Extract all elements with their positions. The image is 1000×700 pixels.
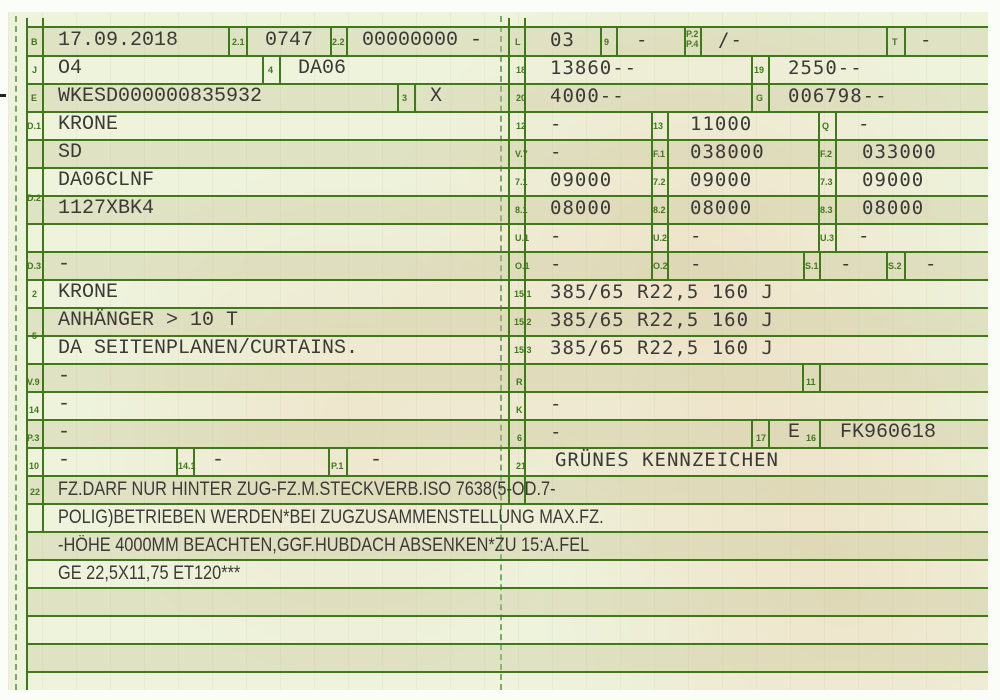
grid-line: [262, 55, 264, 83]
grid-line: [819, 363, 821, 391]
field-label-u-2: U.2: [653, 234, 667, 243]
field-label-k: K: [516, 406, 523, 415]
field-label-s-2: S.2: [888, 262, 902, 271]
field-value-k: -: [550, 395, 562, 414]
grid-line: [768, 419, 770, 447]
field-value-10: -: [58, 451, 70, 471]
grid-line: [26, 111, 988, 113]
field-label-u-1: U.1: [515, 234, 529, 243]
field-value-u-2: -: [690, 227, 702, 246]
remarks-line-1: FZ.DARF NUR HINTER ZUG-FZ.M.STECKVERB.IS…: [58, 479, 556, 501]
perforation-left: [15, 16, 17, 690]
field-value-s-1: -: [840, 255, 852, 274]
grid-line: [26, 671, 988, 673]
field-label-7-1: 7.1: [515, 178, 528, 187]
field-value-16: FK960618: [840, 423, 936, 443]
grid-line: [802, 363, 804, 391]
field-label-5: 5: [32, 332, 37, 341]
grid-line: [26, 139, 988, 141]
grid-line: [26, 559, 988, 561]
field-value-15-3: 385/65 R22,5 160 J: [550, 339, 774, 358]
field-label-o-2: O.2: [653, 262, 668, 271]
field-label-7-3: 7.3: [820, 178, 833, 187]
field-label-13: 13: [653, 122, 663, 131]
field-value-5-line-1: ANHÄNGER > 10 T: [58, 311, 238, 331]
field-value-2-1: 0747: [265, 31, 313, 51]
field-value-o-1: -: [550, 255, 562, 274]
field-value-14: -: [58, 395, 70, 415]
field-value-12: -: [550, 115, 562, 134]
grid-line: [26, 363, 988, 365]
field-value-5-line-2: DA SEITENPLANEN/CURTAINS.: [58, 339, 358, 359]
field-label-d-3: D.3: [27, 262, 41, 271]
grid-line: [346, 447, 348, 475]
grid-line: [26, 223, 988, 225]
grid-line: [904, 26, 906, 55]
remarks-line-3: -HÖHE 4000MM BEACHTEN,GGF.HUBDACH ABSENK…: [58, 535, 589, 557]
field-value-20: 4000--: [550, 87, 625, 106]
field-label-18: 18: [516, 66, 526, 75]
field-label-l: L: [515, 38, 521, 47]
field-value-q: -: [858, 115, 870, 134]
field-value-15-1: 385/65 R22,5 160 J: [550, 283, 774, 302]
field-value-8-1: 08000: [550, 199, 612, 218]
field-label-d-2: D.2: [27, 194, 41, 203]
field-label-4: 4: [268, 66, 273, 75]
grid-line: [26, 447, 988, 449]
field-value-j: O4: [58, 59, 82, 79]
field-value-o-2: -: [690, 255, 702, 274]
field-value-v-7: -: [550, 143, 562, 162]
field-label-2-1: 2.1: [232, 38, 245, 47]
field-label-v-7: V.7: [515, 150, 528, 159]
field-label-2-2: 2.2: [332, 38, 345, 47]
field-value-6: -: [550, 423, 562, 442]
field-value-14-1: -: [212, 451, 224, 471]
grid-line: [246, 26, 248, 55]
field-value-8-2: 08000: [690, 199, 752, 218]
field-value-s-2: -: [925, 255, 937, 274]
remarks-line-2: POLIG)BETRIEBEN WERDEN*BEI ZUGZUSAMMENST…: [58, 507, 604, 529]
field-label-21: 21: [516, 462, 526, 471]
grid-line: [508, 18, 510, 503]
field-label-s-1: S.1: [805, 262, 819, 271]
grid-line: [26, 475, 988, 477]
field-value-v-9: -: [58, 367, 70, 387]
field-value-13: 11000: [690, 115, 752, 134]
field-label-j: J: [32, 66, 37, 75]
grid-line: [26, 587, 988, 589]
field-label-17: 17: [756, 434, 766, 443]
grid-line: [700, 26, 702, 55]
field-label-v-9: V.9: [27, 378, 40, 387]
field-value-7-2: 09000: [690, 171, 752, 190]
field-label-6: 6: [517, 434, 522, 443]
grid-line: [228, 26, 230, 55]
field-label-2: 2: [32, 290, 37, 299]
grid-line: [26, 643, 988, 645]
field-value-d-2-line-2: DA06CLNF: [58, 171, 154, 191]
field-value-f-1: 038000: [690, 143, 765, 162]
grid-line: [397, 83, 399, 111]
field-value-l: 03: [550, 31, 575, 50]
field-value-p-1: -: [370, 451, 382, 471]
field-label-15-2: 15.2: [514, 318, 532, 327]
grid-line: [819, 419, 821, 447]
field-value-u-1: -: [550, 227, 562, 246]
field-value-2: KRONE: [58, 283, 118, 303]
grid-line: [279, 55, 281, 83]
field-label-p-1: P.1: [331, 462, 343, 471]
field-label-8-3: 8.3: [820, 206, 833, 215]
grid-line: [768, 55, 770, 83]
margin-mark: [0, 94, 6, 97]
field-label-9: 9: [604, 38, 609, 47]
grid-line: [26, 503, 988, 505]
field-value-2-2: 00000000 -: [362, 31, 482, 51]
grid-line: [751, 55, 753, 83]
field-value-d-2-line-1: SD: [58, 143, 82, 163]
field-value-p-3: -: [58, 423, 70, 443]
grid-line: [328, 447, 330, 475]
grid-line: [768, 83, 770, 111]
field-value-9: -: [636, 31, 648, 50]
field-value-15-2: 385/65 R22,5 160 J: [550, 311, 774, 330]
field-label-11: 11: [806, 378, 816, 387]
field-label-15-3: 15.3: [514, 346, 532, 355]
field-label-19: 19: [754, 66, 764, 75]
field-label-10: 10: [29, 462, 39, 471]
field-label-o-1: O.1: [515, 262, 530, 271]
field-label-d-1: D.1: [27, 122, 41, 131]
field-label-u-3: U.3: [820, 234, 834, 243]
grid-line: [414, 83, 416, 111]
field-label-14: 14: [29, 406, 39, 415]
field-label-22: 22: [30, 488, 40, 497]
grid-line: [819, 251, 821, 279]
field-value-7-3: 09000: [862, 171, 924, 190]
field-label-t: T: [892, 38, 898, 47]
grid-line: [26, 167, 988, 169]
field-value-3: X: [430, 87, 442, 107]
remarks-line-4: GE 22,5X11,75 ET120***: [58, 563, 240, 585]
grid-line: [667, 111, 669, 251]
field-value-19: 2550--: [788, 59, 863, 78]
field-label-b: B: [31, 38, 38, 47]
field-value-18: 13860--: [550, 59, 637, 78]
field-value-g: 006798--: [788, 87, 888, 106]
field-value-b: 17.09.2018: [58, 31, 178, 51]
field-label-f-2: F.2: [820, 150, 832, 159]
shaded-band: [28, 587, 988, 615]
grid-line: [42, 18, 44, 503]
field-value-7-1: 09000: [550, 171, 612, 190]
field-value-21: GRÜNES KENNZEICHEN: [555, 451, 779, 470]
field-value-8-3: 08000: [862, 199, 924, 218]
grid-line: [26, 26, 988, 28]
field-label-p-3: P.3: [27, 434, 39, 443]
field-label-15-1: 15.1: [514, 290, 532, 299]
field-label-p-4: P.4: [686, 40, 698, 49]
grid-line: [26, 531, 988, 533]
field-label-8-2: 8.2: [653, 206, 666, 215]
grid-line: [26, 18, 28, 690]
field-value-u-3: -: [858, 227, 870, 246]
field-label-e: E: [31, 94, 37, 103]
grid-line: [346, 26, 348, 55]
field-value-f-2: 033000: [862, 143, 937, 162]
field-label-3: 3: [402, 94, 407, 103]
grid-line: [751, 83, 753, 111]
grid-line: [193, 447, 195, 475]
field-value-e: WKESD000000835932: [58, 87, 262, 107]
field-value-t: -: [920, 31, 932, 50]
grid-line: [751, 419, 753, 447]
field-label-g: G: [756, 94, 763, 103]
field-label-12: 12: [516, 122, 526, 131]
grid-line: [886, 26, 888, 55]
grid-line: [616, 26, 618, 55]
grid-line: [42, 503, 44, 531]
field-value-4: DA06: [298, 59, 346, 79]
shaded-band: [28, 643, 988, 671]
field-value-d-1: KRONE: [58, 115, 118, 135]
field-label-8-1: 8.1: [515, 206, 528, 215]
grid-line: [26, 279, 988, 281]
registration-document: B17.09.20182.107472.200000000 -JO44DA06E…: [0, 0, 1000, 700]
field-value-d-2-line-3: 1127XBK4: [58, 199, 154, 219]
grid-line: [26, 615, 988, 617]
field-label-f-1: F.1: [653, 150, 665, 159]
field-label-r: R: [516, 378, 523, 387]
field-label-20: 20: [516, 94, 526, 103]
grid-line: [835, 111, 837, 251]
grid-line: [904, 251, 906, 279]
grid-line: [26, 391, 988, 393]
field-label-7-2: 7.2: [653, 178, 666, 187]
field-label-q: Q: [822, 122, 829, 131]
field-label-p-2: P.2: [686, 30, 698, 39]
field-value-d-3: -: [58, 255, 70, 275]
field-label-16: 16: [806, 434, 816, 443]
field-value-p-2-p-4: /-: [718, 31, 743, 50]
field-value-17: E: [788, 423, 800, 443]
grid-line: [600, 26, 602, 55]
grid-line: [26, 195, 988, 197]
